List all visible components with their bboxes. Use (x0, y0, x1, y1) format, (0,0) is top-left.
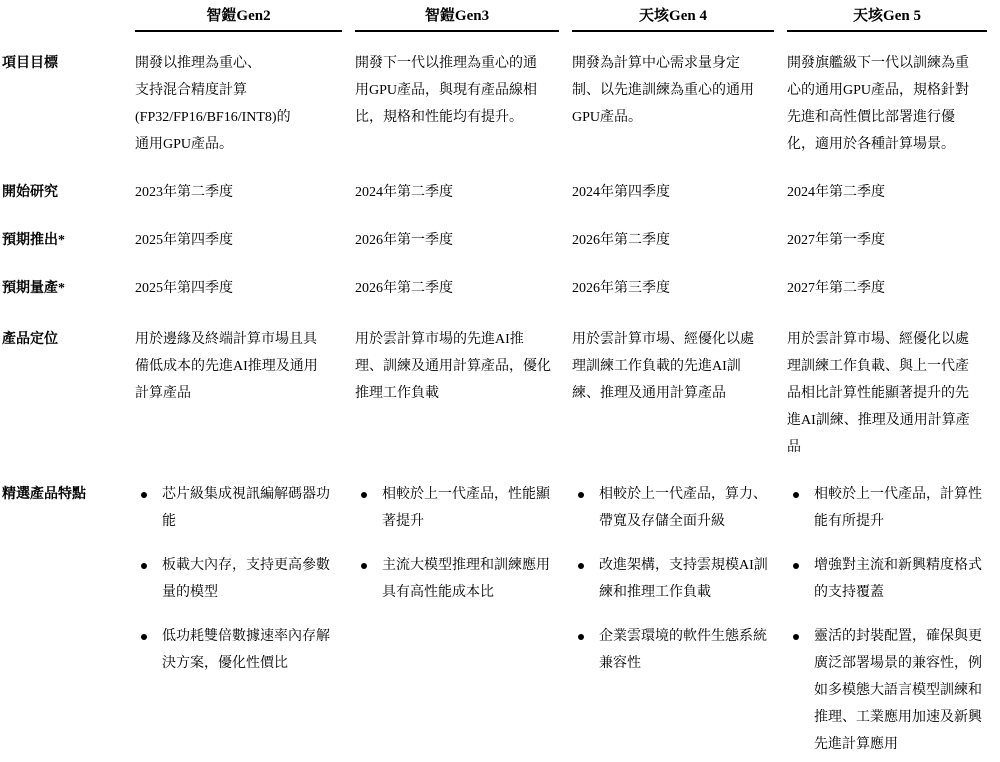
feature-item: 靈活的封裝配置，確保與更 廣泛部署場景的兼容性，例 如多模態大語言模型訓練和 推… (787, 623, 987, 758)
row-expected-launch: 預期推出* 2025年第四季度 2026年第一季度 2026年第二季度 2027… (2, 227, 1000, 254)
bullet-icon (793, 492, 799, 498)
cell-expected-launch-gen3: 2026年第一季度 (355, 227, 559, 254)
cell-positioning-gen2: 用於邊緣及終端計算市場且具 備低成本的先進AI推理及通用 計算產品 (135, 326, 342, 407)
bullet-icon (361, 563, 367, 569)
cell-expected-mass-production-gen5: 2027年第二季度 (787, 275, 987, 302)
cell-expected-launch-gen4: 2026年第二季度 (572, 227, 774, 254)
feature-text: 相較於上一代產品，性能顯 著提升 (382, 481, 559, 535)
cell-goal-gen3: 開發下一代以推理為重心的通 用GPU產品，與現有產品線相 比，規格和性能均有提升… (355, 50, 559, 131)
feature-text: 主流大模型推理和訓練應用 具有高性能成本比 (382, 552, 559, 606)
bullet-icon (578, 492, 584, 498)
cell-goal-gen2: 開發以推理為重心、 支持混合精度計算 (FP32/FP16/BF16/INT8)… (135, 50, 342, 158)
feature-item: 低功耗雙倍數據速率內存解 決方案，優化性價比 (135, 623, 342, 677)
bullet-icon (578, 563, 584, 569)
column-header-zhikai-gen2: 智鎧Gen2 (135, 6, 342, 32)
feature-list-gen5: 相較於上一代產品，計算性 能有所提升 增強對主流和新興精度格式 的支持覆蓋 靈活… (787, 481, 987, 758)
feature-item: 主流大模型推理和訓練應用 具有高性能成本比 (355, 552, 559, 606)
bullet-icon (361, 492, 367, 498)
bullet-icon (141, 563, 147, 569)
cell-expected-mass-production-gen3: 2026年第二季度 (355, 275, 559, 302)
feature-list-gen4: 相較於上一代產品，算力、 帶寬及存儲全面升級 改進架構，支持雲規模AI訓 練和推… (572, 481, 774, 677)
bullet-icon (141, 634, 147, 640)
cell-research-start-gen5: 2024年第二季度 (787, 179, 987, 206)
feature-item: 相較於上一代產品，計算性 能有所提升 (787, 481, 987, 535)
cell-research-start-gen4: 2024年第四季度 (572, 179, 774, 206)
row-label-selected-features: 精選產品特點 (2, 481, 122, 508)
feature-text: 板載大內存，支持更高參數 量的模型 (162, 552, 342, 606)
product-comparison-table-page: 智鎧Gen2 智鎧Gen3 天垓Gen 4 天垓Gen 5 項目目標 開發以推理… (0, 0, 1000, 762)
cell-goal-gen4: 開發為計算中心需求量身定 制、以先進訓練為重心的通用 GPU產品。 (572, 50, 774, 131)
feature-text: 低功耗雙倍數據速率內存解 決方案，優化性價比 (162, 623, 342, 677)
cell-goal-gen5: 開發旗艦級下一代以訓練為重 心的通用GPU產品，規格針對 先進和高性價比部署進行… (787, 50, 987, 158)
cell-research-start-gen2: 2023年第二季度 (135, 179, 342, 206)
table-header-row: 智鎧Gen2 智鎧Gen3 天垓Gen 4 天垓Gen 5 (2, 6, 1000, 32)
row-project-goal: 項目目標 開發以推理為重心、 支持混合精度計算 (FP32/FP16/BF16/… (2, 50, 1000, 158)
row-research-start: 開始研究 2023年第二季度 2024年第二季度 2024年第四季度 2024年… (2, 179, 1000, 206)
cell-expected-launch-gen2: 2025年第四季度 (135, 227, 342, 254)
feature-text: 改進架構，支持雲規模AI訓 練和推理工作負載 (599, 552, 774, 606)
feature-item: 相較於上一代產品，算力、 帶寬及存儲全面升級 (572, 481, 774, 535)
feature-item: 改進架構，支持雲規模AI訓 練和推理工作負載 (572, 552, 774, 606)
feature-text: 芯片級集成視訊編解碼器功 能 (162, 481, 342, 535)
feature-item: 板載大內存，支持更高參數 量的模型 (135, 552, 342, 606)
cell-expected-mass-production-gen2: 2025年第四季度 (135, 275, 342, 302)
row-label-research-start: 開始研究 (2, 179, 122, 206)
cell-expected-mass-production-gen4: 2026年第三季度 (572, 275, 774, 302)
row-label-expected-launch: 預期推出* (2, 227, 122, 254)
bullet-icon (578, 634, 584, 640)
cell-positioning-gen5: 用於雲計算市場、經優化以處 理訓練工作負載、與上一代產 品相比計算性能顯著提升的… (787, 326, 987, 461)
cell-positioning-gen4: 用於雲計算市場、經優化以處 理訓練工作負載的先進AI訓 練、推理及通用計算產品 (572, 326, 774, 407)
feature-list-gen2: 芯片級集成視訊編解碼器功 能 板載大內存，支持更高參數 量的模型 低功耗雙倍數據… (135, 481, 342, 677)
bullet-icon (141, 492, 147, 498)
row-expected-mass-production: 預期量產* 2025年第四季度 2026年第二季度 2026年第三季度 2027… (2, 275, 1000, 302)
column-header-tiangai-gen4: 天垓Gen 4 (572, 6, 774, 32)
row-label-expected-mass-production: 預期量產* (2, 275, 122, 302)
feature-text: 相較於上一代產品，算力、 帶寬及存儲全面升級 (599, 481, 774, 535)
feature-text: 相較於上一代產品，計算性 能有所提升 (814, 481, 987, 535)
column-header-zhikai-gen3: 智鎧Gen3 (355, 6, 559, 32)
row-product-positioning: 產品定位 用於邊緣及終端計算市場且具 備低成本的先進AI推理及通用 計算產品 用… (2, 326, 1000, 461)
feature-text: 靈活的封裝配置，確保與更 廣泛部署場景的兼容性，例 如多模態大語言模型訓練和 推… (814, 623, 987, 758)
cell-expected-launch-gen5: 2027年第一季度 (787, 227, 987, 254)
feature-text: 企業雲環境的軟件生態系統 兼容性 (599, 623, 774, 677)
feature-list-gen3: 相較於上一代產品，性能顯 著提升 主流大模型推理和訓練應用 具有高性能成本比 (355, 481, 559, 606)
feature-item: 企業雲環境的軟件生態系統 兼容性 (572, 623, 774, 677)
feature-text: 增強對主流和新興精度格式 的支持覆蓋 (814, 552, 987, 606)
bullet-icon (793, 634, 799, 640)
row-label-product-positioning: 產品定位 (2, 326, 122, 353)
bullet-icon (793, 563, 799, 569)
column-header-tiangai-gen5: 天垓Gen 5 (787, 6, 987, 32)
feature-item: 相較於上一代產品，性能顯 著提升 (355, 481, 559, 535)
row-label-project-goal: 項目目標 (2, 50, 122, 77)
row-selected-features: 精選產品特點 芯片級集成視訊編解碼器功 能 板載大內存，支持更高參數 量的模型 … (2, 481, 1000, 758)
feature-item: 增強對主流和新興精度格式 的支持覆蓋 (787, 552, 987, 606)
cell-research-start-gen3: 2024年第二季度 (355, 179, 559, 206)
feature-item: 芯片級集成視訊編解碼器功 能 (135, 481, 342, 535)
cell-positioning-gen3: 用於雲計算市場的先進AI推 理、訓練及通用計算產品，優化 推理工作負載 (355, 326, 559, 407)
